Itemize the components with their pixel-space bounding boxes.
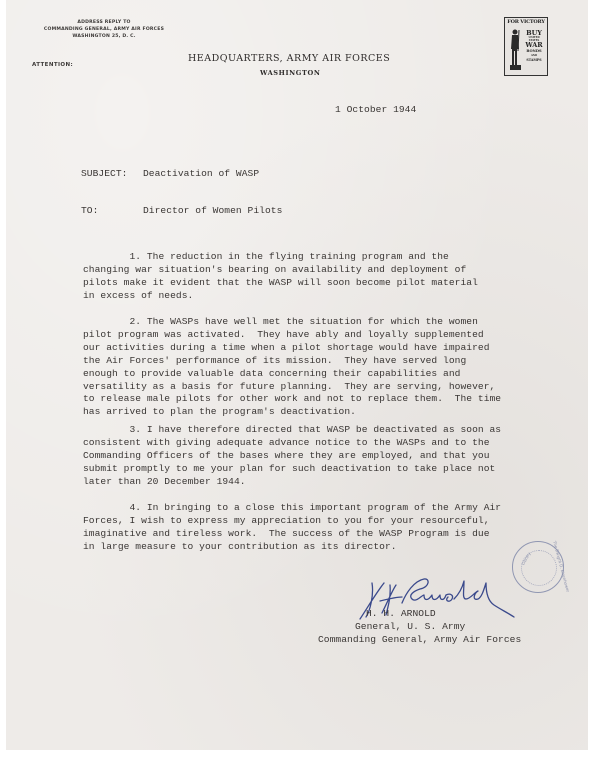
paragraph-line: 3. I have therefore directed that WASP b… (83, 424, 553, 437)
signer-name: H. H. ARNOLD (366, 608, 436, 619)
paragraph-line: 2. The WASPs have well met the situation… (83, 316, 553, 329)
stamp-line: STAMPS (522, 57, 546, 63)
paragraph-4: 4. In bringing to a close this important… (83, 502, 553, 554)
paragraph-line: submit promptly to me your plan for such… (83, 463, 553, 476)
paragraph-line: imaginative and tireless work. The succe… (83, 528, 553, 541)
paragraph-line: has arrived to plan the program's deacti… (83, 406, 553, 419)
letter-page: ADDRESS REPLY TO COMMANDING GENERAL, ARM… (6, 0, 588, 750)
to-label: TO: (81, 205, 98, 216)
signer-title: General, U. S. Army (355, 621, 465, 632)
paragraph-line: pilot program was activated. They have a… (83, 329, 553, 342)
library-seal: Library The Dwight D. Eisenhower (512, 541, 564, 593)
paragraph-line: 4. In bringing to a close this important… (83, 502, 553, 515)
paragraph-line: 1. The reduction in the flying training … (83, 251, 553, 264)
paragraph-line: to release male pilots for other work an… (83, 393, 553, 406)
paragraph-line: pilots make it evident that the WASP wil… (83, 277, 553, 290)
minuteman-figure-icon (508, 27, 522, 72)
war-bonds-stamp: FOR VICTORY BUY UNITED STATES WAR BONDS … (504, 17, 548, 76)
stamp-text: BUY UNITED STATES WAR BONDS AND STAMPS (522, 30, 546, 63)
letter-date: 1 October 1944 (335, 104, 416, 115)
paragraph-line: our activities during a time when a pilo… (83, 342, 553, 355)
letterhead-title: HEADQUARTERS, ARMY AIR FORCES (188, 53, 390, 64)
subject-value: Deactivation of WASP (143, 168, 259, 179)
return-address: ADDRESS REPLY TO COMMANDING GENERAL, ARM… (30, 19, 178, 40)
to-value: Director of Women Pilots (143, 205, 282, 216)
paragraph-line: enough to provide valuable data concerni… (83, 368, 553, 381)
letterhead-city: WASHINGTON (260, 69, 321, 77)
paragraph-3: 3. I have therefore directed that WASP b… (83, 424, 553, 489)
paragraph-line: in excess of needs. (83, 290, 553, 303)
paragraph-line: later than 20 December 1944. (83, 476, 553, 489)
return-address-line: COMMANDING GENERAL, ARMY AIR FORCES (30, 26, 178, 33)
paragraph-line: in large measure to your contribution as… (83, 541, 553, 554)
return-address-line: WASHINGTON 25, D. C. (30, 33, 178, 40)
paragraph-line: Commanding Officers of the bases where t… (83, 450, 553, 463)
return-address-line: ADDRESS REPLY TO (30, 19, 178, 26)
subject-label: SUBJECT: (81, 168, 127, 179)
paragraph-line: consistent with giving adequate advance … (83, 437, 553, 450)
paragraph-line: changing war situation's bearing on avai… (83, 264, 553, 277)
attention-label: ATTENTION: (32, 62, 73, 68)
paragraph-line: the Air Forces' performance of its missi… (83, 355, 553, 368)
signer-position: Commanding General, Army Air Forces (318, 634, 521, 645)
paragraph-line: Forces, I wish to express my appreciatio… (83, 515, 553, 528)
paragraph-1: 1. The reduction in the flying training … (83, 251, 553, 303)
paragraph-2: 2. The WASPs have well met the situation… (83, 316, 553, 419)
paragraph-line: versatility as a basis for future planni… (83, 381, 553, 394)
stamp-top-text: FOR VICTORY (506, 19, 546, 25)
